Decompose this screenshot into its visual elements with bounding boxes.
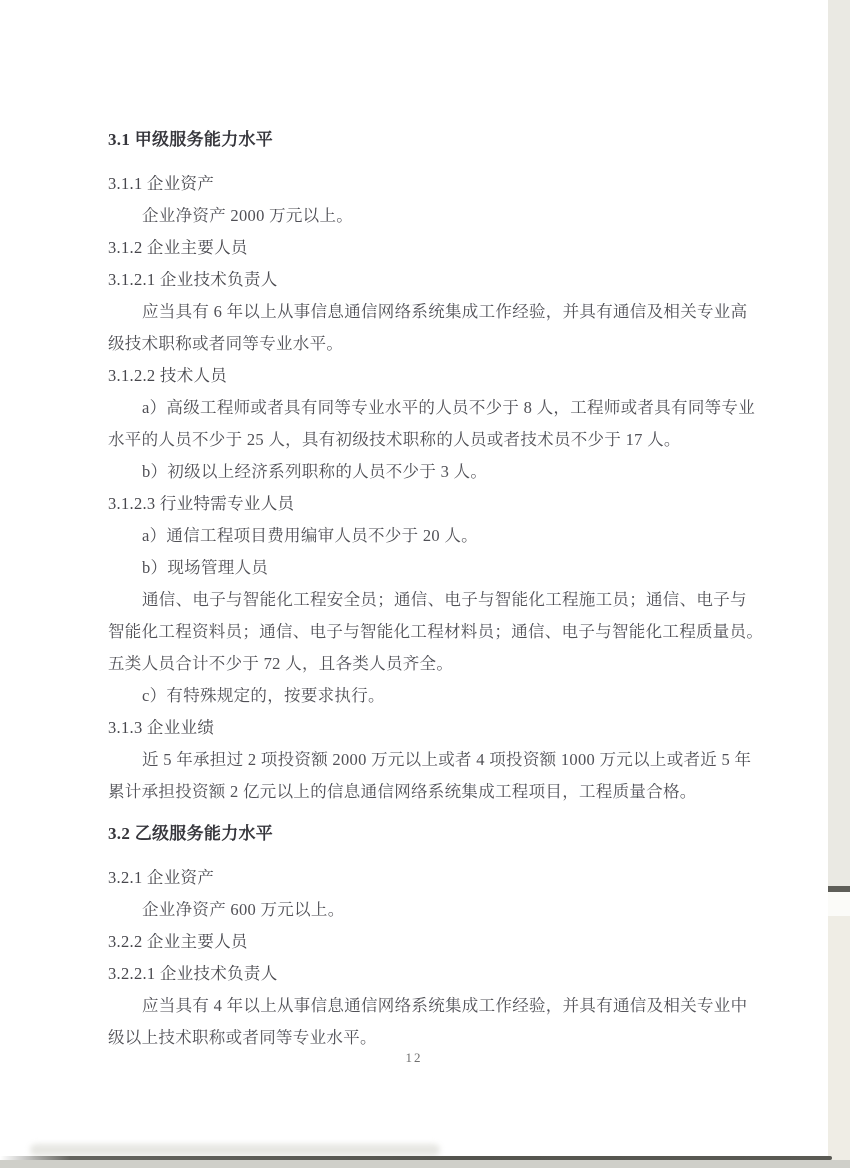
text-line: 水平的人员不少于 25 人，具有初级技术职称的人员或者技术员不少于 17 人。	[108, 424, 750, 456]
scanned-document-page: 3.1 甲级服务能力水平3.1.1 企业资产企业净资产 2000 万元以上。3.…	[0, 0, 850, 1168]
section-heading: 3.1.1 企业资产	[108, 168, 750, 200]
scan-backdrop-right	[828, 0, 850, 888]
document-lines: 3.1 甲级服务能力水平3.1.1 企业资产企业净资产 2000 万元以上。3.…	[108, 114, 750, 1054]
scan-backdrop-bottom	[0, 1160, 850, 1168]
text-line: 近 5 年承担过 2 项投资额 2000 万元以上或者 4 项投资额 1000 …	[108, 744, 750, 776]
text-line: b）现场管理人员	[108, 552, 750, 584]
text-line: 级技术职称或者同等专业水平。	[108, 328, 750, 360]
text-line: 五类人员合计不少于 72 人，且各类人员齐全。	[108, 648, 750, 680]
section-heading: 3.1.2.3 行业特需专业人员	[108, 488, 750, 520]
text-line: 企业净资产 2000 万元以上。	[108, 200, 750, 232]
scan-edge-gap	[828, 892, 850, 916]
text-line: c）有特殊规定的，按要求执行。	[108, 680, 750, 712]
text-line: a）高级工程师或者具有同等专业水平的人员不少于 8 人，工程师或者具有同等专业	[108, 392, 750, 424]
text-line: 累计承担投资额 2 亿元以上的信息通信网络系统集成工程项目，工程质量合格。	[108, 776, 750, 808]
paper-shadow	[30, 1144, 440, 1156]
text-line: b）初级以上经济系列职称的人员不少于 3 人。	[108, 456, 750, 488]
section-heading: 3.1.2.2 技术人员	[108, 360, 750, 392]
section-heading: 3.2 乙级服务能力水平	[108, 818, 750, 850]
section-heading: 3.2.2 企业主要人员	[108, 926, 750, 958]
text-line: 通信、电子与智能化工程安全员；通信、电子与智能化工程施工员；通信、电子与	[108, 584, 750, 616]
section-heading: 3.1.2 企业主要人员	[108, 232, 750, 264]
section-heading: 3.2.2.1 企业技术负责人	[108, 958, 750, 990]
text-line: 应当具有 6 年以上从事信息通信网络系统集成工作经验，并具有通信及相关专业高	[108, 296, 750, 328]
section-heading: 3.1.3 企业业绩	[108, 712, 750, 744]
section-heading: 3.1.2.1 企业技术负责人	[108, 264, 750, 296]
section-heading: 3.2.1 企业资产	[108, 862, 750, 894]
scan-backdrop-right-lower	[828, 916, 850, 1168]
text-line: 企业净资产 600 万元以上。	[108, 894, 750, 926]
text-line: 智能化工程资料员；通信、电子与智能化工程材料员；通信、电子与智能化工程质量员。	[108, 616, 750, 648]
section-heading: 3.1 甲级服务能力水平	[108, 124, 750, 156]
text-line: 应当具有 4 年以上从事信息通信网络系统集成工作经验，并具有通信及相关专业中	[108, 990, 750, 1022]
page-number: 12	[0, 1050, 828, 1066]
text-line: a）通信工程项目费用编审人员不少于 20 人。	[108, 520, 750, 552]
